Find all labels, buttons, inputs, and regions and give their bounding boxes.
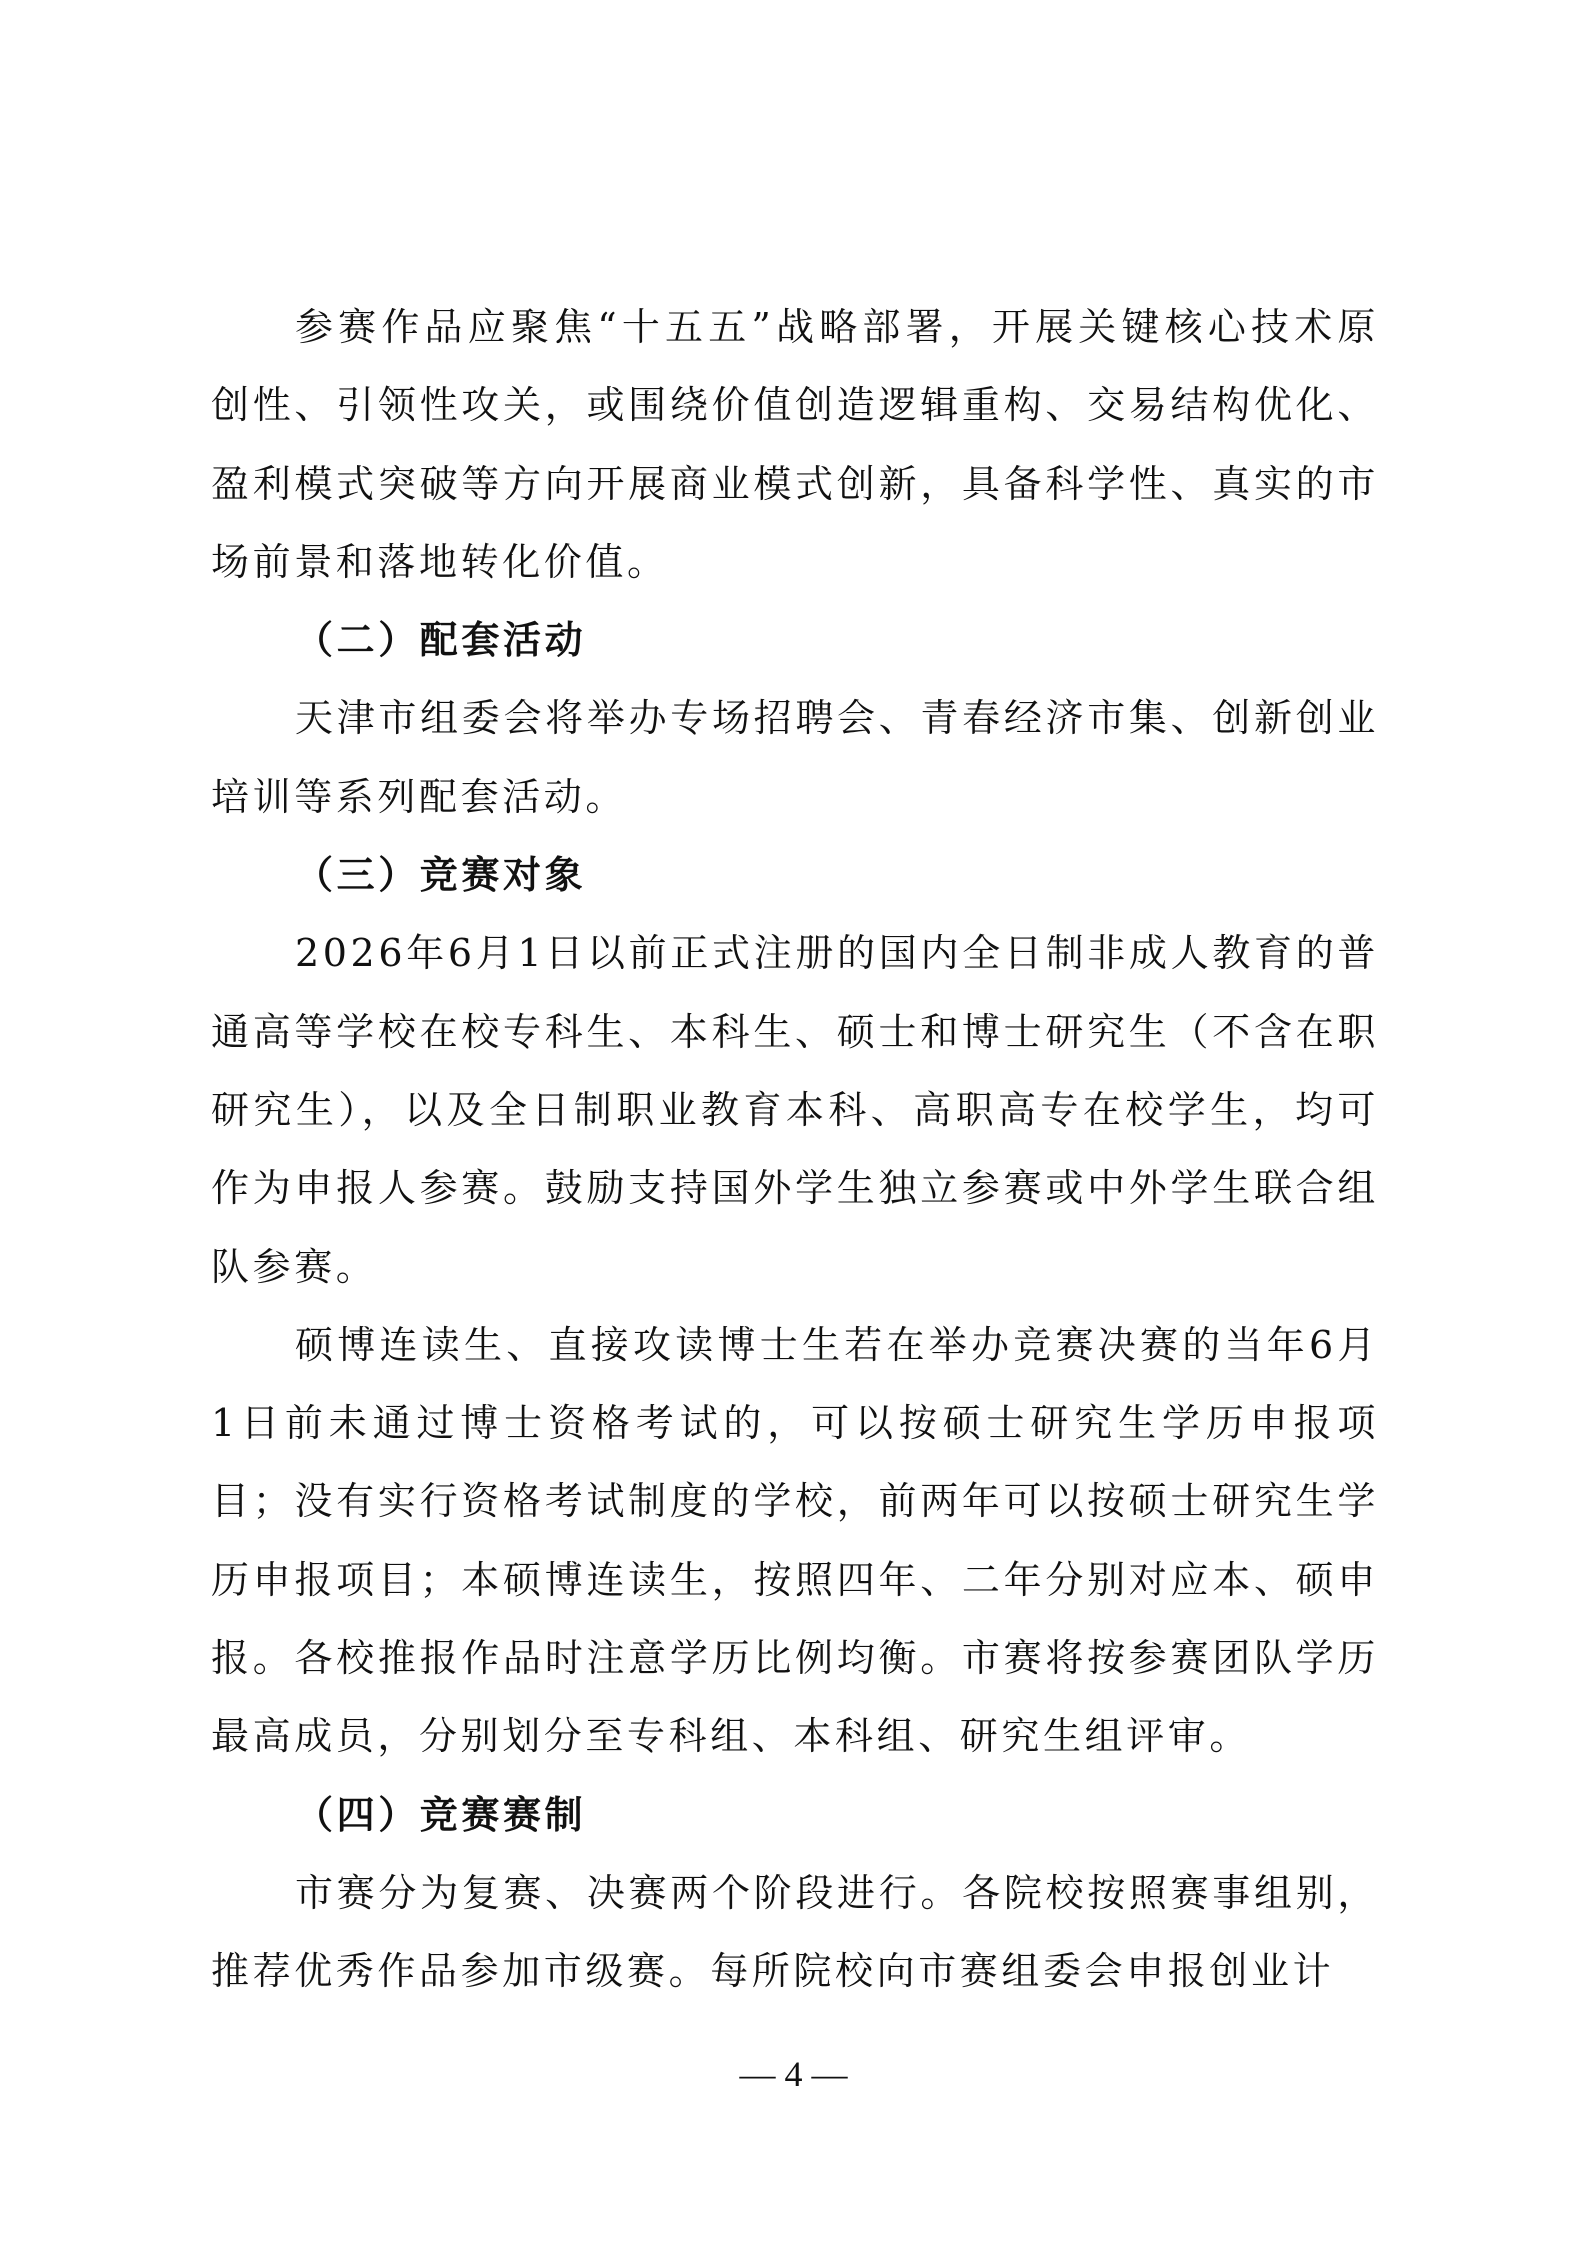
document-page: 参赛作品应聚焦“十五五”战略部署，开展关键核心技术原创性、引领性攻关，或围绕价值… (0, 0, 1587, 2245)
section-heading-eligibility: （三）竞赛对象 (211, 836, 1379, 914)
paragraph-degree-rules: 硕博连读生、直接攻读博士生若在举办竞赛决赛的当年6月1日前未通过博士资格考试的，… (211, 1306, 1379, 1776)
section-heading-competition-format: （四）竞赛赛制 (211, 1776, 1379, 1854)
document-body: 参赛作品应聚焦“十五五”战略部署，开展关键核心技术原创性、引领性攻关，或围绕价值… (211, 288, 1379, 2011)
page-number: — 4 — (0, 2052, 1587, 2096)
paragraph-focus-requirements: 参赛作品应聚焦“十五五”战略部署，开展关键核心技术原创性、引领性攻关，或围绕价值… (211, 288, 1379, 601)
paragraph-competition-format: 市赛分为复赛、决赛两个阶段进行。各院校按照赛事组别，推荐优秀作品参加市级赛。每所… (211, 1854, 1379, 2011)
section-heading-supporting-activities: （二）配套活动 (211, 601, 1379, 679)
paragraph-eligibility: 2026年6月1日以前正式注册的国内全日制非成人教育的普通高等学校在校专科生、本… (211, 914, 1379, 1305)
paragraph-supporting-activities: 天津市组委会将举办专场招聘会、青春经济市集、创新创业培训等系列配套活动。 (211, 679, 1379, 836)
